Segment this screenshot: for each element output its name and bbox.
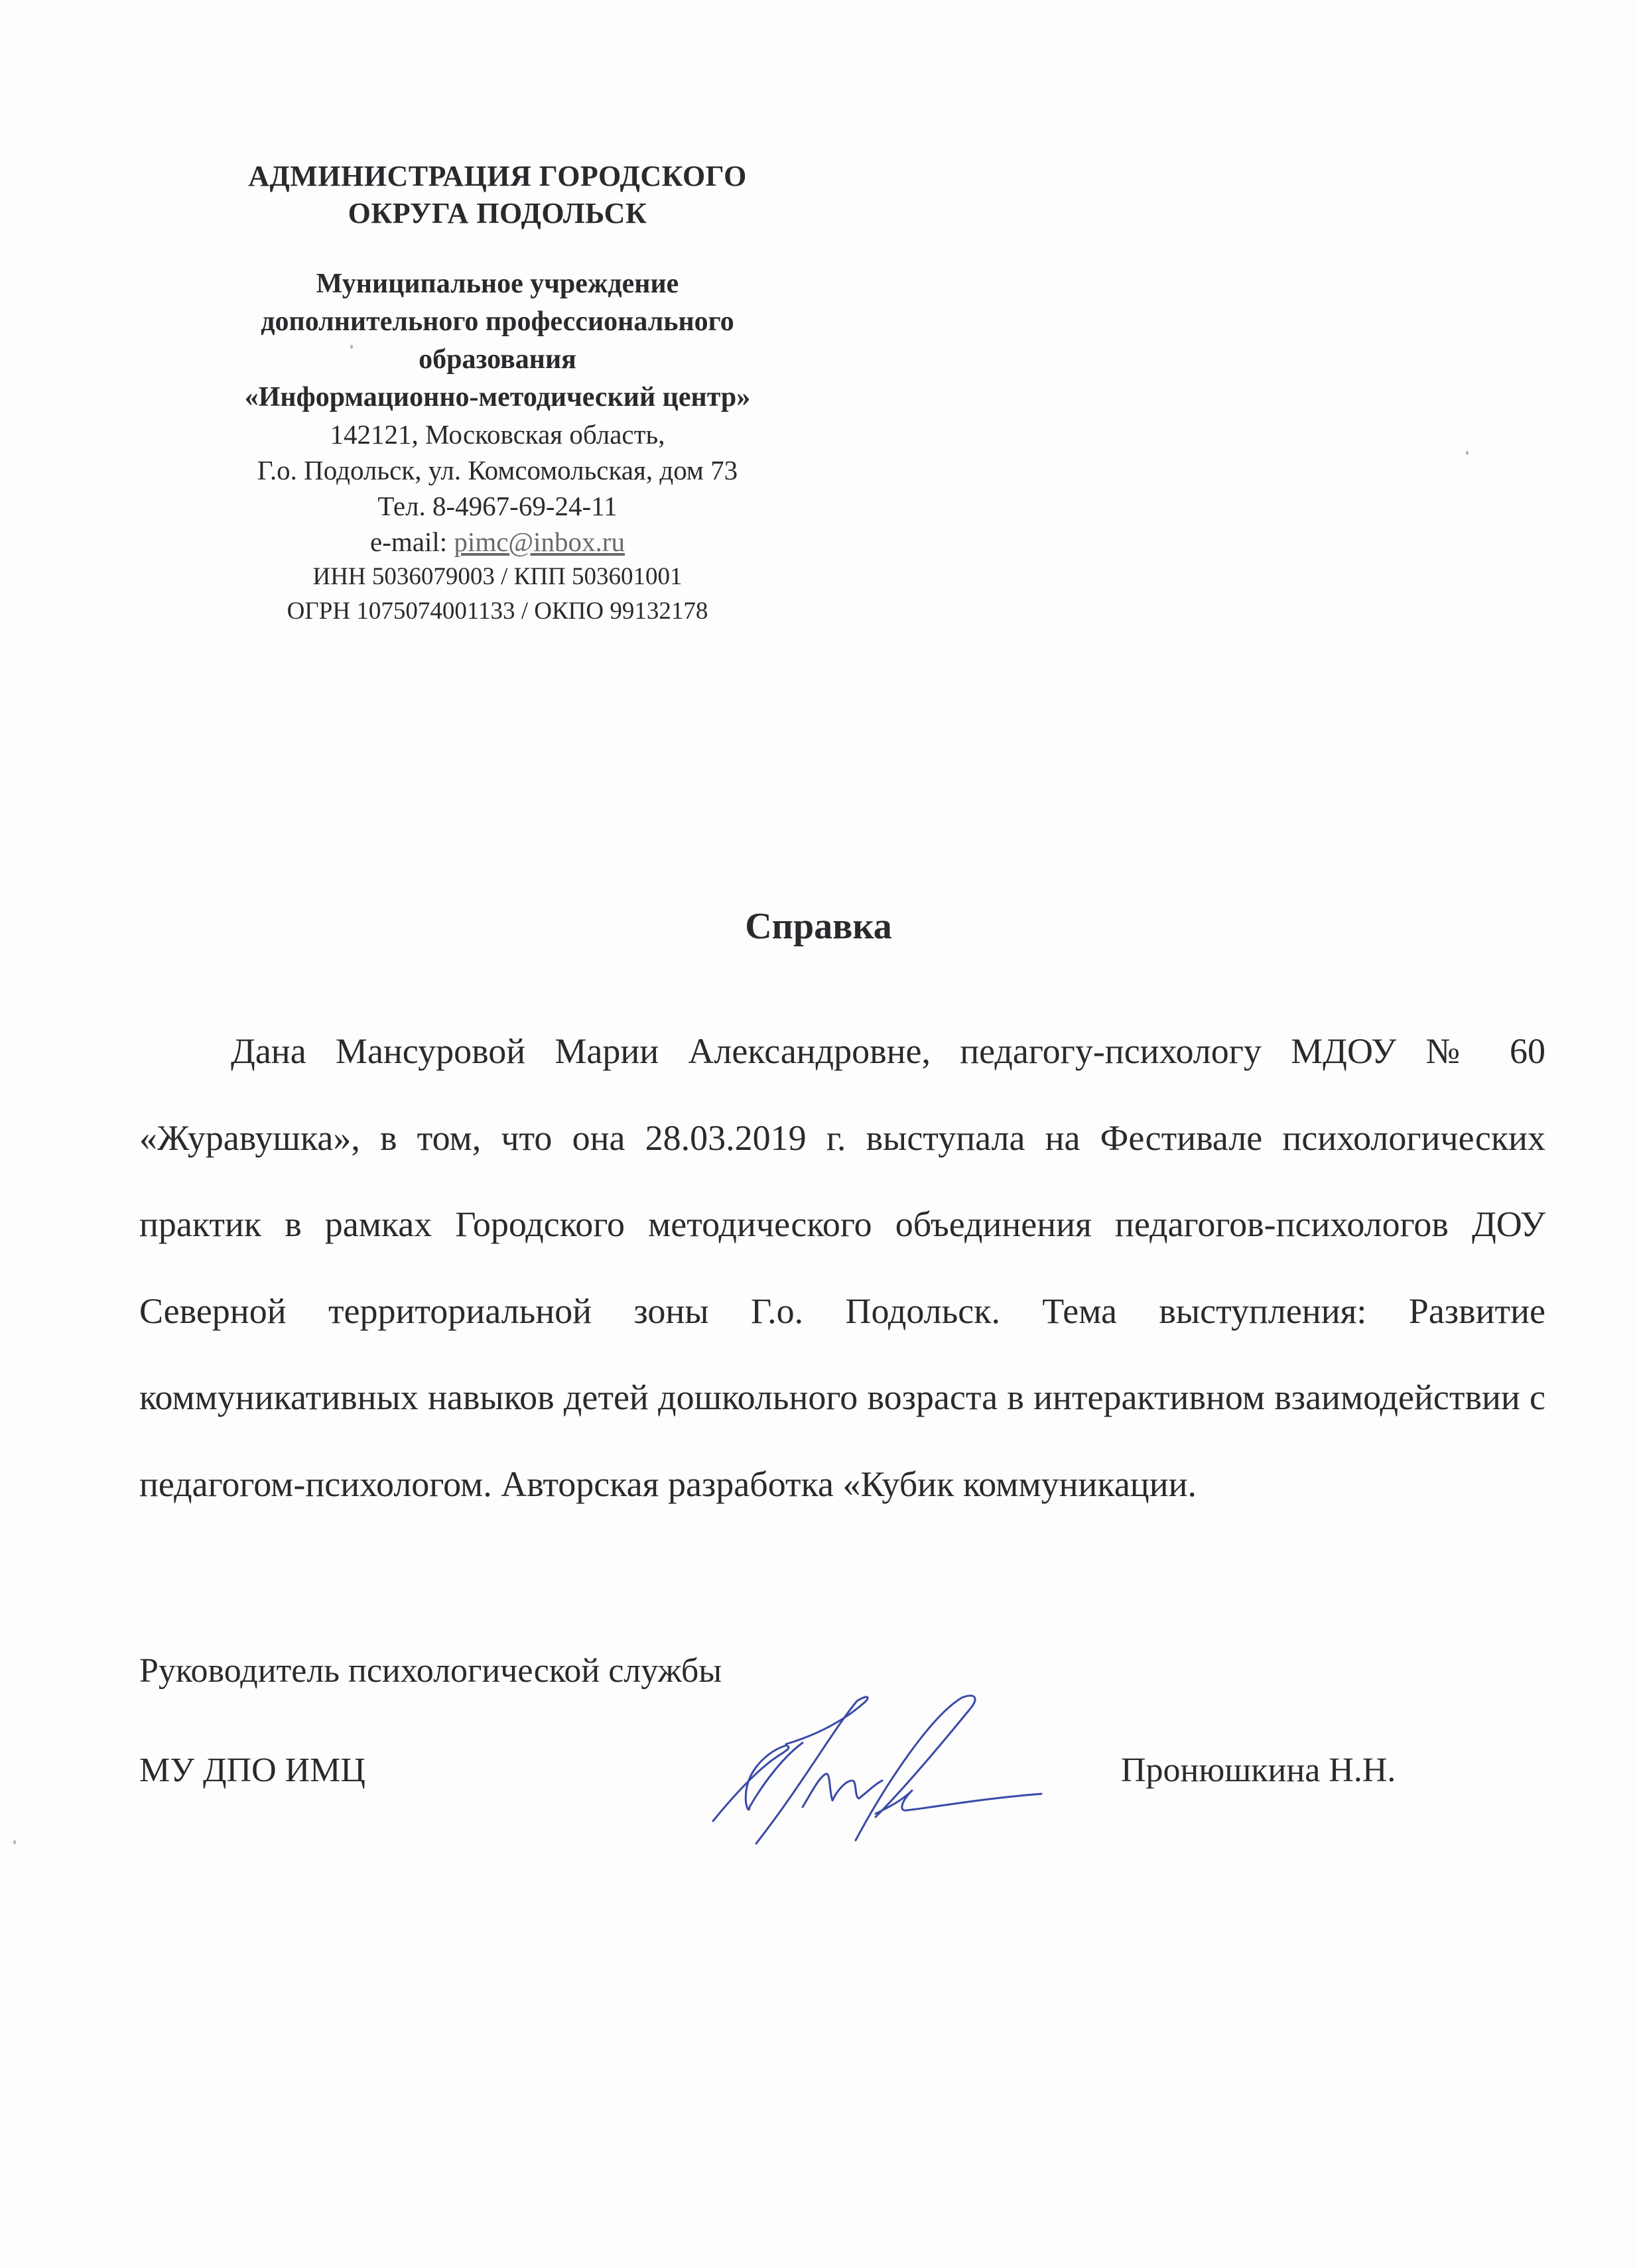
scan-speck [1466, 451, 1469, 455]
address-line-1: 142121, Московская область, [153, 416, 842, 452]
signatory-name: Пронюшкина Н.Н. [1121, 1751, 1396, 1790]
document-body: Дана Мансуровой Марии Александровне, пед… [139, 1008, 1545, 1527]
email-link[interactable]: pimc@inbox.ru [454, 527, 625, 557]
ogrn-okpo: ОГРН 1075074001133 / ОКПО 99132178 [153, 594, 842, 629]
signatory-organization: МУ ДПО ИМЦ [139, 1751, 365, 1790]
scan-speck [13, 1840, 16, 1844]
email-line: e-mail: pimc@inbox.ru [153, 524, 842, 560]
signatory-role: Руководитель психологической службы [139, 1651, 722, 1690]
letterhead: АДМИНИСТРАЦИЯ ГОРОДСКОГО ОКРУГА ПОДОЛЬСК… [153, 158, 842, 629]
administration-name: АДМИНИСТРАЦИЯ ГОРОДСКОГО ОКРУГА ПОДОЛЬСК [153, 158, 842, 232]
address-line-2: Г.о. Подольск, ул. Комсомольская, дом 73 [153, 452, 842, 488]
document-page: АДМИНИСТРАЦИЯ ГОРОДСКОГО ОКРУГА ПОДОЛЬСК… [0, 0, 1637, 2268]
scan-speck [350, 345, 353, 349]
email-label: e-mail: [370, 527, 454, 557]
document-title: Справка [0, 905, 1637, 948]
organization-name: Муниципальное учреждение дополнительного… [153, 265, 842, 416]
phone: Тел. 8-4967-69-24-11 [153, 488, 842, 524]
handwritten-signature-icon [683, 1658, 1055, 1850]
inn-kpp: ИНН 5036079003 / КПП 503601001 [153, 560, 842, 594]
